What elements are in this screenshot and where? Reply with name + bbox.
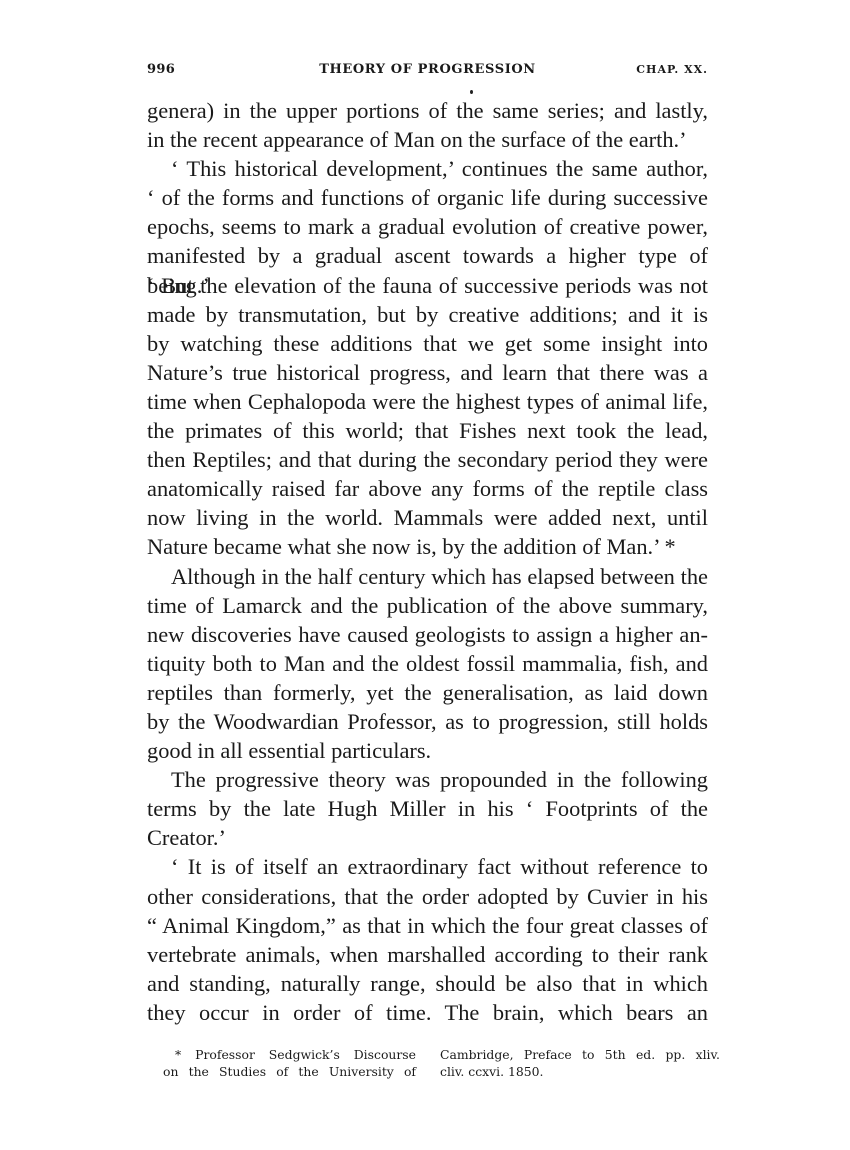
text-line: genera) in the upper portions of the sam… (147, 96, 708, 125)
text-line: by the Woodwardian Professor, as to prog… (147, 707, 708, 736)
text-line: Nature became what she now is, by the ad… (147, 532, 708, 561)
text-line: Although in the half century which has e… (147, 562, 708, 591)
text-line: vertebrate animals, when marshalled acco… (147, 940, 708, 969)
text-line: reptiles than formerly, yet the generali… (147, 678, 708, 707)
text-line: other considerations, that the order ado… (147, 882, 708, 911)
text-line: terms by the late Hugh Miller in his ‘ F… (147, 794, 708, 823)
footnote-line: Cambridge, Preface to 5th ed. pp. xliv. (440, 1046, 720, 1063)
footnote-column-right: Cambridge, Preface to 5th ed. pp. xliv.c… (440, 1046, 720, 1080)
running-head: 996 THEORY OF PROGRESSION CHAP. XX. (147, 62, 708, 80)
text-line: and standing, naturally range, should be… (147, 969, 708, 998)
text-line: The progressive theory was propounded in… (147, 765, 708, 794)
print-speck (470, 90, 473, 94)
text-line: manifested by a gradual ascent towards a… (147, 241, 708, 270)
chapter-label: CHAP. XX. (636, 63, 708, 76)
text-line: by watching these additions that we get … (147, 329, 708, 358)
footnote-line: on the Studies of the University of (163, 1063, 416, 1080)
text-line: tiquity both to Man and the oldest fossi… (147, 649, 708, 678)
running-title: THEORY OF PROGRESSION (147, 62, 708, 77)
text-line: then Reptiles; and that during the secon… (147, 445, 708, 474)
text-line: “ Animal Kingdom,” as that in which the … (147, 911, 708, 940)
text-line: in the recent appearance of Man on the s… (147, 125, 708, 154)
text-line: ‘ of the forms and functions of organic … (147, 183, 708, 212)
footnote-line: cliv. ccxvi. 1850. (440, 1063, 720, 1080)
text-line: they occur in order of time. The brain, … (147, 998, 708, 1027)
text-line: epochs, seems to mark a gradual evolutio… (147, 212, 708, 241)
text-line: anatomically raised far above any forms … (147, 474, 708, 503)
text-line: good in all essential particulars. (147, 736, 708, 765)
text-line: the primates of this world; that Fishes … (147, 416, 708, 445)
text-line: new discoveries have caused geologists t… (147, 620, 708, 649)
footnote-line: * Professor Sedgwick’s Discourse (163, 1046, 416, 1063)
text-line: ‘ But the elevation of the fauna of succ… (147, 271, 708, 300)
text-line: ‘ It is of itself an extraordinary fact … (147, 852, 708, 881)
text-line: made by transmutation, but by creative a… (147, 300, 708, 329)
text-line: Nature’s true historical progress, and l… (147, 358, 708, 387)
text-line: time when Cephalopoda were the highest t… (147, 387, 708, 416)
footnote-column-left: * Professor Sedgwick’s Discourseon the S… (163, 1046, 416, 1080)
body-text: genera) in the upper portions of the sam… (147, 96, 708, 1027)
text-line: time of Lamarck and the publication of t… (147, 591, 708, 620)
text-line: now living in the world. Mammals were ad… (147, 503, 708, 532)
text-line: ‘ This historical development,’ continue… (147, 154, 708, 183)
text-line: Creator.’ (147, 823, 708, 852)
